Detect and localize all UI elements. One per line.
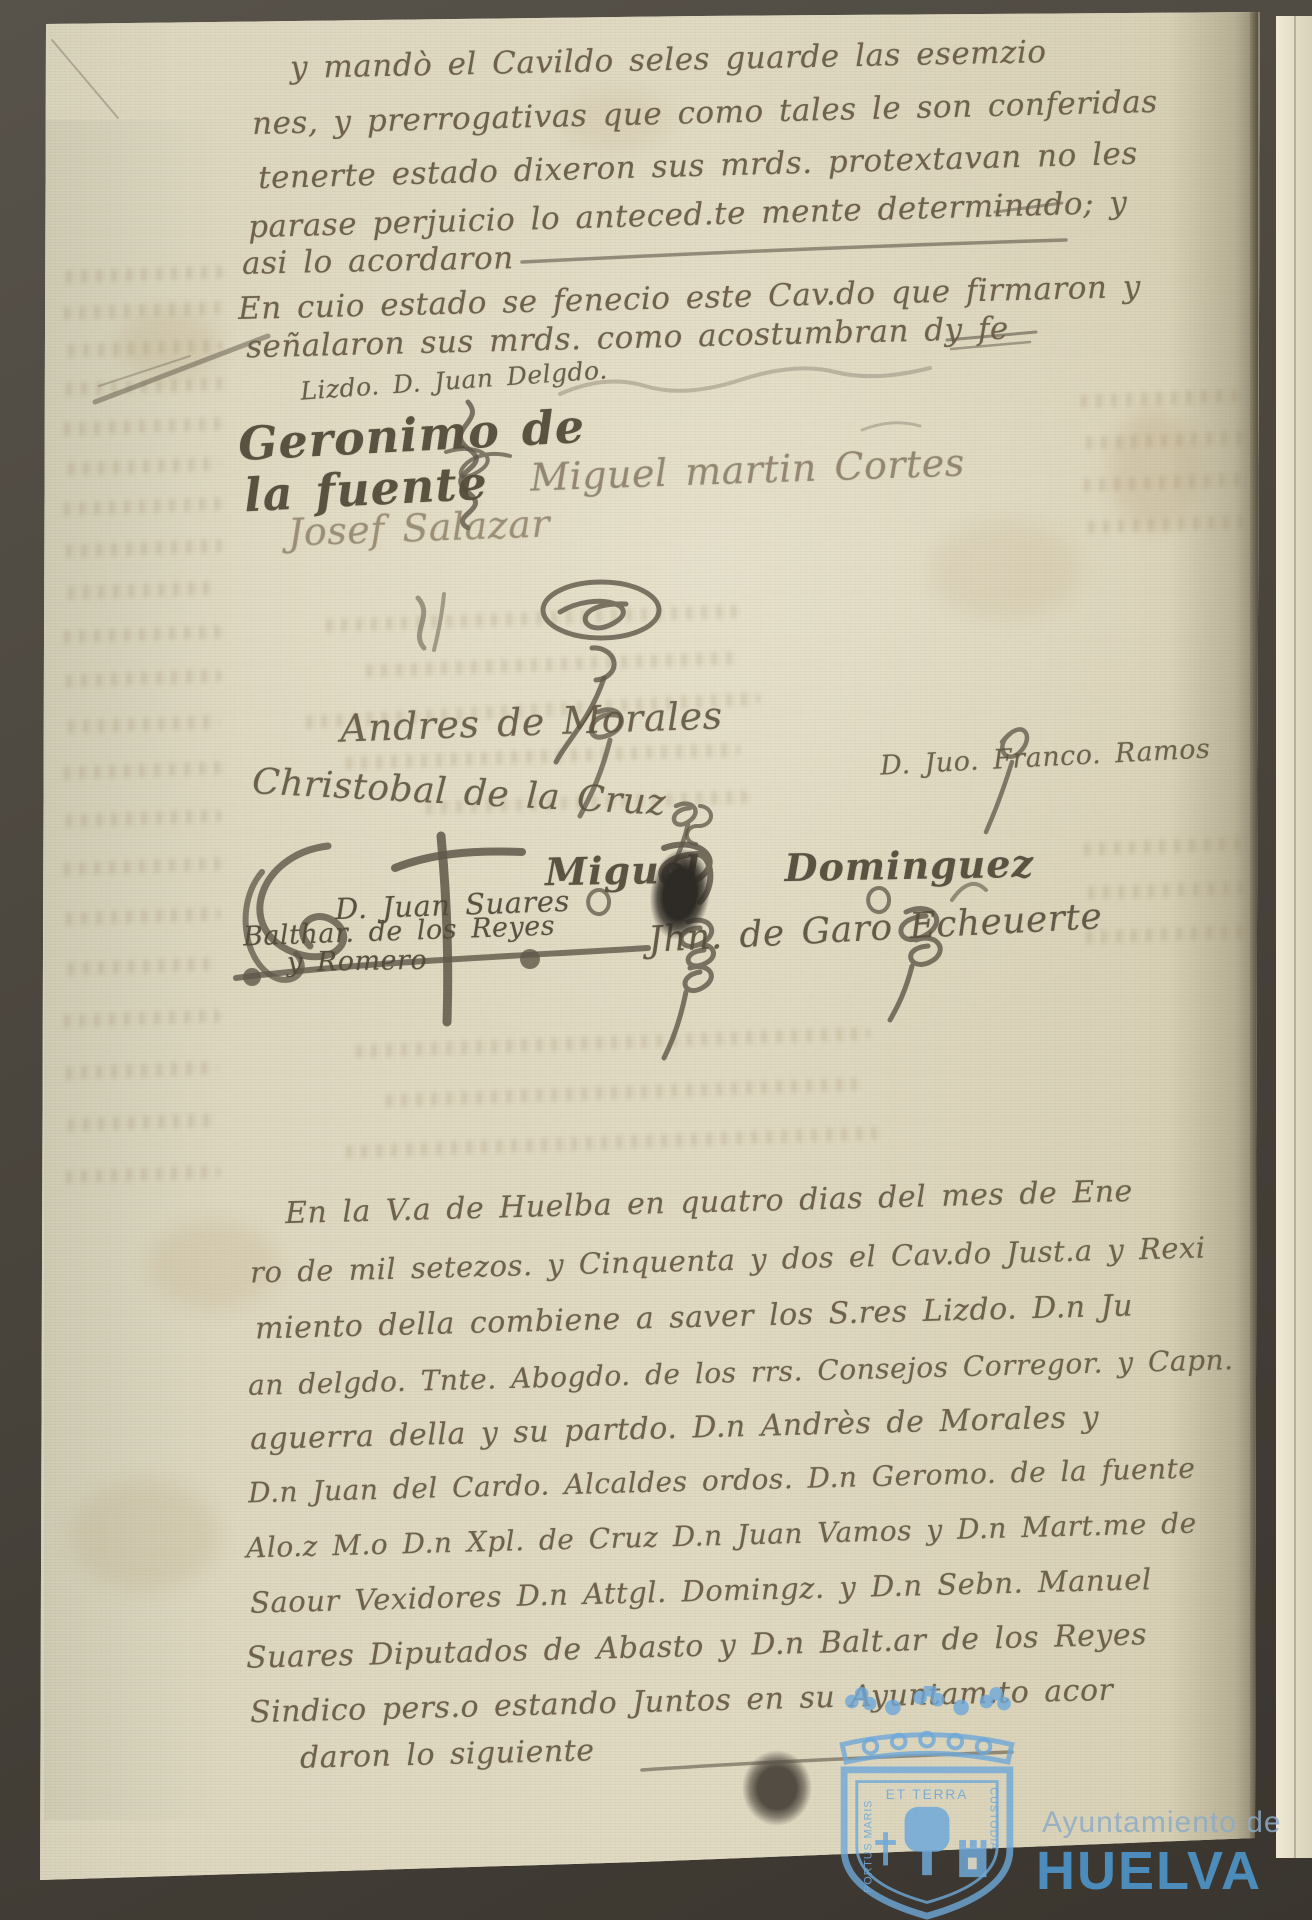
signature-salazar: Josef Salazar: [287, 501, 550, 554]
stain: [930, 520, 1080, 620]
watermark-org-name-huelva: HUELVA: [1036, 1840, 1262, 1902]
bleed-through-mark: [350, 1027, 870, 1058]
bleed-through-mark: [360, 651, 740, 677]
bleed-through-mark: [340, 1127, 880, 1159]
signature-reyes-line2: y Romero: [287, 945, 428, 978]
watermark-org-name: Ayuntamiento de: [1042, 1806, 1282, 1840]
scanned-manuscript: y mandò el Cavildo seles guarde las esem…: [0, 0, 1312, 1920]
page-edge: [1250, 10, 1258, 1860]
adjacent-page-edge: [1276, 16, 1312, 1858]
stain: [1110, 410, 1200, 530]
bleed-through-mark: [320, 605, 740, 633]
page-gutter-shadow: [1170, 0, 1262, 1920]
manuscript-line: asi lo acordaron: [242, 240, 514, 282]
bleed-through-mark: [380, 1078, 860, 1108]
stain: [70, 1480, 220, 1590]
tower-icon: [959, 1848, 986, 1877]
signature-dominguez: Miguel Dominguez: [545, 841, 1035, 895]
stain: [120, 310, 220, 380]
